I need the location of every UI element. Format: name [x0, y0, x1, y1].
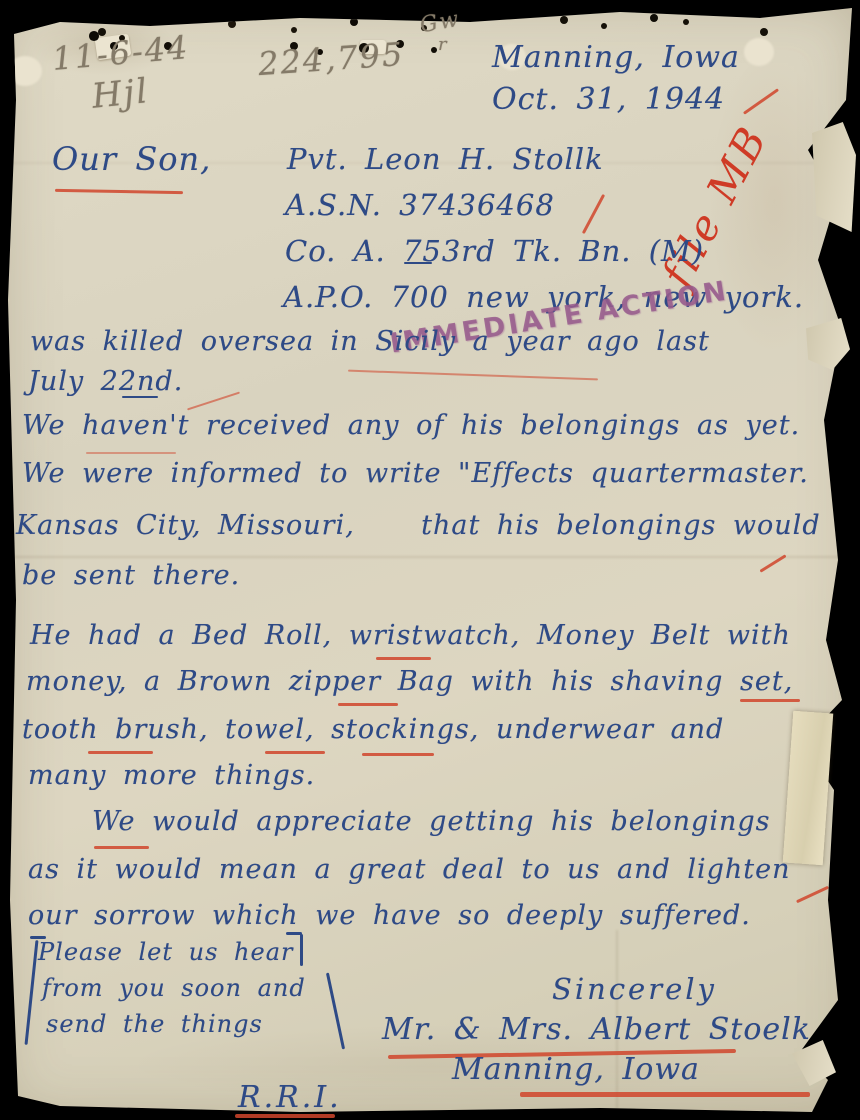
body-line: many more things.	[28, 760, 315, 791]
body-line: July 22nd.	[28, 366, 183, 397]
red-underline-word	[376, 657, 431, 660]
paper-spot	[8, 56, 42, 86]
body-line: tooth brush, towel, stockings, underwear…	[22, 714, 724, 745]
body-line: We haven't received any of his belonging…	[22, 410, 800, 441]
body-line: our sorrow which we have so deeply suffe…	[28, 900, 751, 931]
body-line: Kansas City, Missouri, that his belongin…	[16, 510, 821, 541]
bracket-right-tick	[286, 932, 302, 935]
red-underline-word	[740, 699, 800, 702]
red-underline-word	[94, 846, 149, 849]
blue-underline-ordinal	[404, 262, 432, 264]
closing: Sincerely	[552, 972, 717, 1006]
letter-date: Oct. 31, 1944	[492, 82, 725, 117]
margin-note-line: send the things	[46, 1010, 263, 1038]
red-underline-word	[338, 703, 398, 706]
blue-underline-ordinal	[122, 396, 158, 398]
pencil-file-number-suffix: r	[438, 34, 449, 55]
bracket-right	[300, 934, 303, 966]
address-line: Co. A. 753rd Tk. Bn. (M)	[285, 234, 704, 268]
margin-note-line: from you soon and	[42, 974, 306, 1002]
red-underline-place	[520, 1092, 810, 1097]
red-mark	[86, 452, 176, 454]
letter-place: Manning, Iowa	[492, 40, 740, 75]
red-underline-word	[265, 751, 325, 754]
signature-place: Manning, Iowa	[452, 1052, 700, 1087]
body-line: We were informed to write "Effects quart…	[22, 458, 809, 489]
address-line: A.S.N. 37436468	[285, 188, 555, 222]
body-line: be sent there.	[22, 560, 240, 591]
paper-speckles	[0, 0, 4, 4]
address-line: Pvt. Leon H. Stollk	[287, 142, 604, 176]
bracket-left-tick	[30, 936, 46, 939]
body-line: was killed oversea in Sicily a year ago …	[30, 326, 710, 357]
signature-route: R.R.I.	[238, 1080, 342, 1115]
horizontal-crease	[0, 556, 860, 558]
body-line: We would appreciate getting his belongin…	[92, 806, 771, 837]
body-line: as it would mean a great deal to us and …	[28, 854, 791, 885]
paper-spot	[744, 38, 774, 66]
body-line: He had a Bed Roll, wristwatch, Money Bel…	[30, 620, 791, 651]
margin-note-line: Please let us hear	[38, 938, 293, 966]
signature: Mr. & Mrs. Albert Stoelk	[382, 1012, 811, 1047]
tear-flap	[812, 122, 856, 232]
salutation: Our Son,	[52, 140, 211, 178]
body-line: money, a Brown zipper Bag with his shavi…	[26, 666, 793, 697]
red-underline-word	[362, 753, 434, 756]
pencil-initials: Hjl	[90, 71, 151, 117]
red-underline-word	[88, 751, 153, 754]
red-underline-route	[235, 1114, 335, 1118]
